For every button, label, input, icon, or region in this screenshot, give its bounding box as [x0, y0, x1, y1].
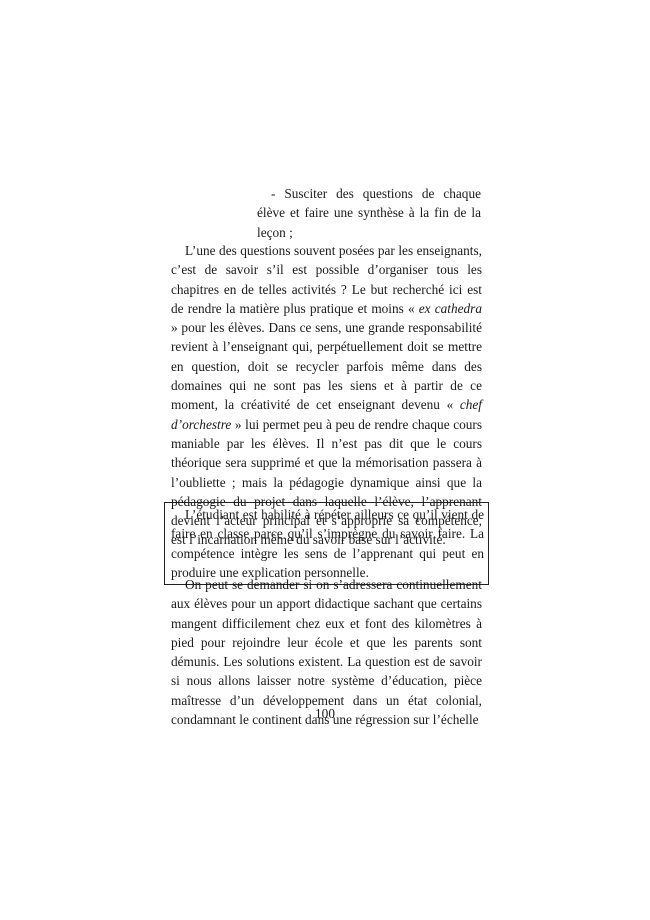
bullet-item: - Susciter des questions de chaque élève…: [257, 184, 481, 242]
italic-term-ex-cathedra: ex cathedra: [419, 301, 482, 316]
page-number: 100: [0, 704, 650, 723]
paragraph-1-text-b: » pour les élèves. Dans ce sens, une gra…: [171, 320, 482, 412]
document-page: - Susciter des questions de chaque élève…: [0, 0, 650, 920]
boxed-highlight-paragraph: L’étudiant est habilité à répéter ailleu…: [164, 502, 489, 585]
